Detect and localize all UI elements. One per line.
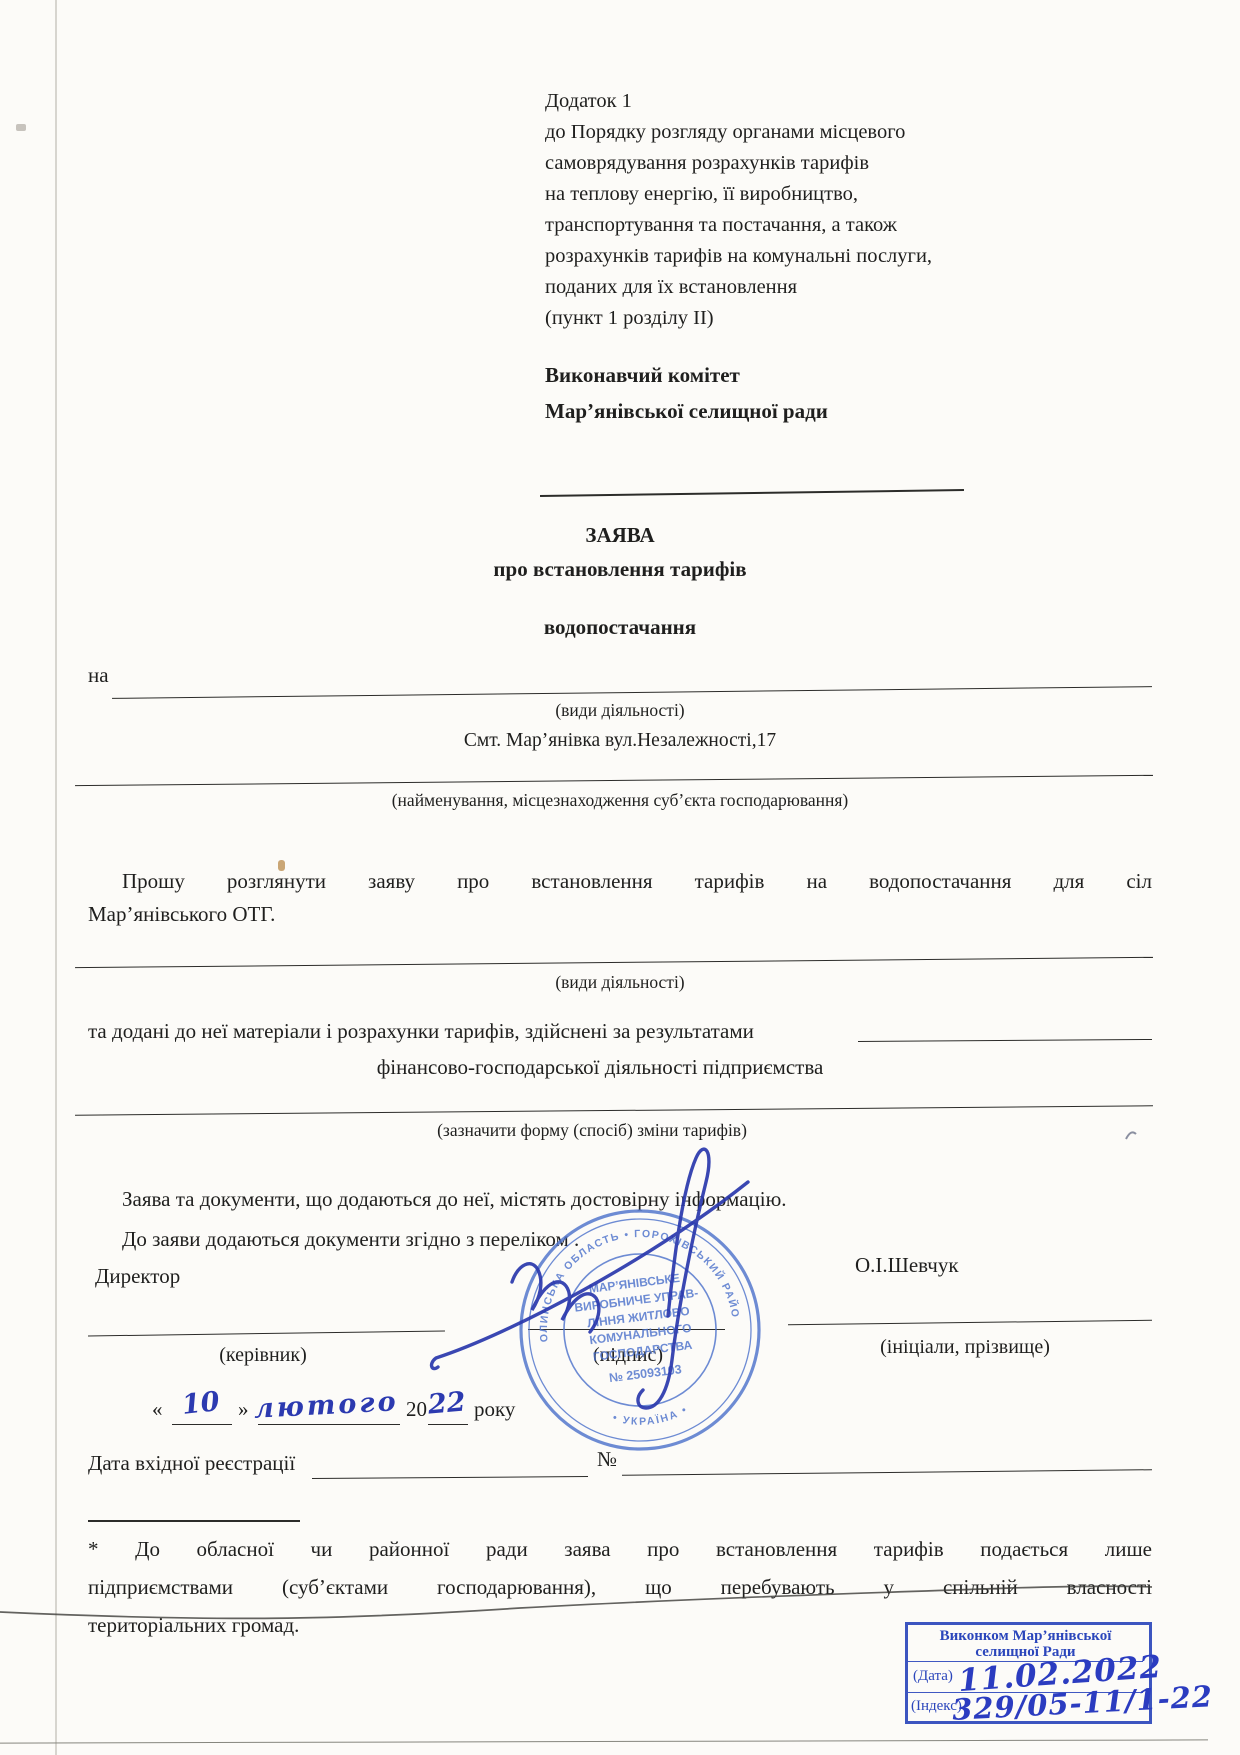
subject-blank-line: [75, 775, 1153, 786]
svg-text:• УКРАЇНА •: • УКРАЇНА •: [610, 1403, 692, 1432]
initials-line: [788, 1320, 1152, 1325]
round-stamp-ring-bottom-text: • УКРАЇНА •: [610, 1403, 692, 1432]
request-line2: Мар’янівського ОТГ.: [88, 901, 1152, 927]
activity-blank-line: [112, 686, 1152, 699]
date-month-handwritten: лютого: [253, 1386, 399, 1425]
scan-tick-mark: [1124, 1128, 1138, 1142]
change-caption: (зазначити форму (спосіб) зміни тарифів): [60, 1120, 1124, 1141]
date-year-handwritten: 22: [427, 1386, 467, 1420]
director-signature-ink: [420, 1120, 790, 1420]
document-title: ЗАЯВА: [88, 522, 1152, 548]
request-line1: Прошу розглянути заяву про встановлення …: [88, 868, 1152, 894]
request-paragraph: Прошу розглянути заяву про встановлення …: [88, 868, 1152, 928]
registration-stamp-org-line1: Виконком Мар’янівської: [905, 1628, 1146, 1645]
activity2-blank-line: [75, 957, 1153, 968]
change-blank-line: [75, 1105, 1153, 1115]
footnote-line1: * До обласної чи районної ради заява про…: [88, 1530, 1152, 1568]
address-value: Смт. Мар’янівка вул.Незалежності,17: [88, 730, 1152, 752]
round-stamp-center-line2: ВИРОБНИЧЕ УПРАВ-: [574, 1286, 699, 1315]
na-label: на: [88, 662, 109, 688]
addressee-line2: Мар’янівської селищної ради: [545, 398, 828, 424]
activity-caption: (види діяльності): [88, 700, 1152, 721]
subject-caption: (найменування, місцезнаходження суб’єкта…: [88, 790, 1152, 811]
date-day-handwritten: 10: [180, 1386, 221, 1421]
materials-line1: та додані до неї матеріали і розрахунки …: [88, 1018, 754, 1044]
round-stamp-center-line1: МАР’ЯНІВСЬКЕ: [588, 1271, 680, 1296]
sign-line: [528, 1329, 725, 1330]
materials-blank-line: [858, 1039, 1152, 1042]
confirmation-line1: Заява та документи, що додаються до неї,…: [122, 1186, 787, 1212]
registration-date-blank: [312, 1476, 588, 1479]
confirmation-line2: До заяви додаються документи згідно з пе…: [122, 1226, 579, 1252]
date-day-blank: [172, 1424, 232, 1425]
addressee-line1: Виконавчий комітет: [545, 362, 740, 388]
round-stamp-center-line3: ЛІННЯ ЖИТЛОВО: [586, 1304, 690, 1330]
date-quote-close: »: [238, 1396, 249, 1422]
registration-no-sign: №: [597, 1446, 617, 1472]
date-roku-label: року: [474, 1396, 515, 1422]
sign-caption: (підпис): [528, 1344, 728, 1367]
scanned-document-page: Додаток 1 до Порядку розгляду органами м…: [0, 0, 1240, 1755]
head-signature-line: [88, 1331, 445, 1337]
page-bottom-edge-line: [0, 1739, 1208, 1743]
annex-reference-block: Додаток 1 до Порядку розгляду органами м…: [545, 86, 1045, 334]
activity2-caption: (види діяльності): [88, 972, 1152, 993]
date-year-blank: [428, 1424, 468, 1425]
footnote-separator: [88, 1520, 300, 1522]
director-label: Директор: [95, 1263, 180, 1289]
date-quote-open: «: [152, 1396, 163, 1422]
document-subtitle: про встановлення тарифів: [88, 556, 1152, 582]
registration-label: Дата вхідної реєстрації: [88, 1450, 295, 1476]
director-name: О.І.Шевчук: [855, 1252, 959, 1278]
materials-line2: фінансово-господарської діяльності підпр…: [88, 1054, 1112, 1080]
registration-stamp-date-label: (Дата): [913, 1668, 953, 1685]
date-month-blank: [258, 1424, 400, 1425]
registration-no-blank: [622, 1469, 1152, 1476]
scan-crease-line: [55, 0, 57, 1755]
date-century: 20: [406, 1396, 427, 1422]
service-type: водопостачання: [88, 614, 1152, 640]
scan-smudge: [16, 124, 26, 131]
addressee-blank-line: [540, 489, 964, 497]
head-caption: (керівник): [113, 1344, 413, 1367]
initials-caption: (ініціали, прізвище): [785, 1336, 1145, 1359]
